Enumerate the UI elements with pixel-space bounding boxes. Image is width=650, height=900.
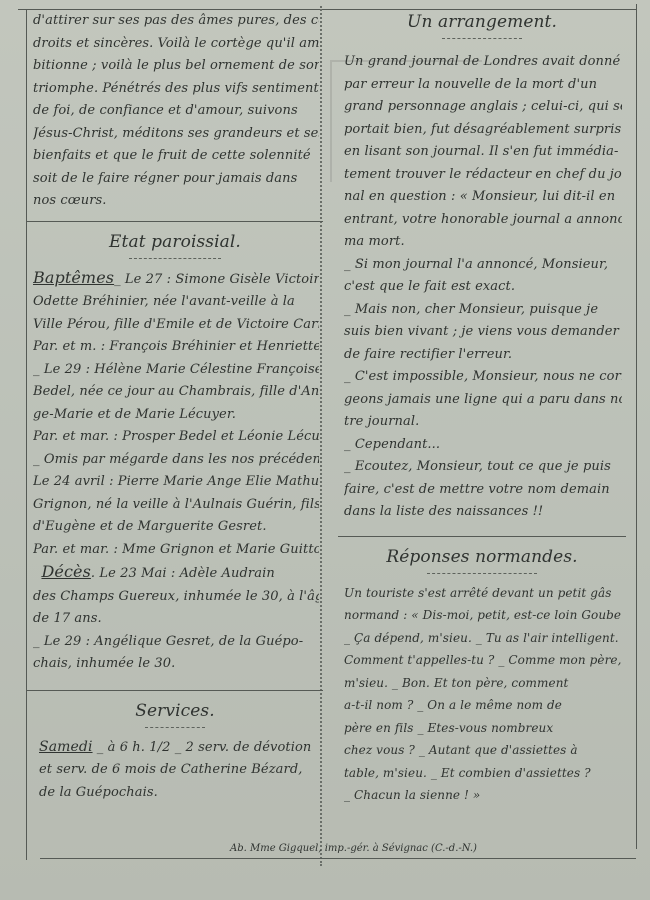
text-line: nos cœurs.: [33, 190, 319, 213]
text-line: Un touriste s'est arrêté devant un petit…: [344, 582, 622, 605]
baptemes-first-line: Baptêmes_ Le 27 : Simone Gisèle Victoire: [33, 267, 319, 292]
text-line: Ville Pérou, fille d'Emile et de Victoir…: [33, 314, 319, 337]
text-line: Par. et mar. : Prosper Bedel et Léonie L…: [33, 426, 319, 449]
arrangement-story: Un grand journal de Londres avait donné …: [338, 51, 626, 524]
text-line: ma mort.: [344, 231, 622, 254]
text-line: bitionne ; voilà le plus bel ornement de…: [33, 55, 319, 78]
baptemes-section: Baptêmes_ Le 27 : Simone Gisèle Victoire…: [27, 267, 323, 562]
text-line: chez vous ? _ Autant que d'assiettes à: [344, 739, 622, 762]
text-line: Grignon, né la veille à l'Aulnais Guérin…: [33, 494, 319, 517]
text-line: Comment t'appelles-tu ? _ Comme mon père…: [344, 649, 622, 672]
text-line: table, m'sieu. _ Et combien d'assiettes …: [344, 762, 622, 785]
text-line: soit de le faire régner pour jamais dans: [33, 168, 319, 191]
text-line: Par. et mar. : Mme Grignon et Marie Guit…: [33, 539, 319, 562]
text-line: _ Le 29 : Angélique Gesret, de la Guépo-: [33, 631, 319, 654]
text-line: triomphe. Pénétrés des plus vifs sentime…: [33, 78, 319, 101]
printer-imprint: Ab. Mme Gigquel, imp.-gér. à Sévignac (C…: [230, 843, 477, 854]
title-flourish: [129, 258, 221, 259]
text-line: normand : « Dis-moi, petit, est-ce loin …: [344, 604, 622, 627]
text-line: _ Si mon journal l'a annoncé, Monsieur,: [344, 254, 622, 277]
section-rule: [338, 536, 626, 537]
reponses-normandes-title: Réponses normandes.: [338, 545, 626, 569]
text-line: a-t-il nom ? _ On a le même nom de: [344, 694, 622, 717]
text-line: _ Le 29 : Hélène Marie Célestine Françoi…: [33, 359, 319, 382]
text-line: chais, inhumée le 30.: [33, 653, 319, 676]
text-line: des Champs Guereux, inhumée le 30, à l'â…: [33, 586, 319, 609]
text-line: de la Guépochais.: [39, 782, 319, 805]
text-line: _ Mais non, cher Monsieur, puisque je: [344, 299, 622, 322]
text-line: ge-Marie et de Marie Lécuyer.: [33, 404, 319, 427]
text-line: tement trouver le rédacteur en chef du j…: [344, 164, 622, 187]
text-line: _ C'est impossible, Monsieur, nous ne co…: [344, 366, 622, 389]
right-border: [636, 4, 637, 849]
text-line: . Le 23 Mai : Adèle Audrain: [91, 566, 275, 581]
text-line: faire, c'est de mettre votre nom demain: [344, 479, 622, 502]
text-line: nal en question : « Monsieur, lui dit-il…: [344, 186, 622, 209]
right-column: Un arrangement. Un grand journal de Lond…: [338, 10, 626, 860]
text-line: portait bien, fut désagréablement surpri…: [344, 119, 622, 142]
text-line: d'Eugène et de Marguerite Gesret.: [33, 516, 319, 539]
text-line: _ Ecoutez, Monsieur, tout ce que je puis: [344, 456, 622, 479]
text-line: Odette Bréhinier, née l'avant-veille à l…: [33, 291, 319, 314]
text-line: bienfaits et que le fruit de cette solen…: [33, 145, 319, 168]
text-line: _ Cependant...: [344, 434, 622, 457]
text-line: de faire rectifier l'erreur.: [344, 344, 622, 367]
newsletter-page: d'attirer sur ses pas des âmes pures, de…: [0, 0, 650, 900]
services-title: Services.: [27, 699, 323, 723]
baptemes-label: Baptêmes: [33, 268, 114, 287]
text-line: par erreur la nouvelle de la mort d'un: [344, 74, 622, 97]
text-line: de 17 ans.: [33, 608, 319, 631]
text-line: geons jamais une ligne qui a paru dans n…: [344, 389, 622, 412]
text-line: grand personnage anglais ; celui-ci, qui…: [344, 96, 622, 119]
text-line: de foi, de confiance et d'amour, suivons: [33, 100, 319, 123]
text-line: _ Le 27 : Simone Gisèle Victoire: [114, 272, 319, 287]
etat-paroissial-title: Etat paroissial.: [27, 230, 323, 254]
intro-paragraph: d'attirer sur ses pas des âmes pures, de…: [27, 10, 323, 213]
services-section: Samedi _ à 6 h. 1/2 _ 2 serv. de dévotio…: [27, 736, 323, 805]
text-line: _ Chacun la sienne ! »: [344, 784, 622, 807]
text-line: Un grand journal de Londres avait donné: [344, 51, 622, 74]
bottom-rule: [40, 858, 636, 859]
text-line: droits et sincères. Voilà le cortège qu'…: [33, 33, 319, 56]
deces-label: Décès: [41, 562, 90, 581]
text-line: c'est que le fait est exact.: [344, 276, 622, 299]
deces-section: Décès. Le 23 Mai : Adèle Audrain des Cha…: [27, 561, 323, 676]
text-line: Jésus-Christ, méditons ses grandeurs et …: [33, 123, 319, 146]
text-line: d'attirer sur ses pas des âmes pures, de…: [33, 10, 319, 33]
text-line: tre journal.: [344, 411, 622, 434]
text-line: Bedel, née ce jour au Chambrais, fille d…: [33, 381, 319, 404]
text-line: m'sieu. _ Bon. Et ton père, comment: [344, 672, 622, 695]
section-rule: [27, 221, 323, 222]
section-rule: [27, 690, 323, 691]
text-line: en lisant son journal. Il s'en fut imméd…: [344, 141, 622, 164]
left-column: d'attirer sur ses pas des âmes pures, de…: [26, 10, 323, 860]
text-line: Par. et m. : François Bréhinier et Henri…: [33, 336, 319, 359]
title-flourish: [145, 727, 205, 728]
text-line: _ Omis par mégarde dans les nos précéden…: [33, 449, 319, 472]
samedi-label: Samedi: [39, 739, 93, 755]
text-line: _ Ça dépend, m'sieu. _ Tu as l'air intel…: [344, 627, 622, 650]
text-line: et serv. de 6 mois de Catherine Bézard,: [39, 759, 319, 782]
text-line: père en fils _ Etes-vous nombreux: [344, 717, 622, 740]
text-line: suis bien vivant ; je viens vous demande…: [344, 321, 622, 344]
text-line: Le 24 avril : Pierre Marie Ange Elie Mat…: [33, 471, 319, 494]
text-line: dans la liste des naissances !!: [344, 501, 622, 524]
reponses-story: Un touriste s'est arrêté devant un petit…: [338, 582, 626, 807]
arrangement-title: Un arrangement.: [338, 10, 626, 34]
title-flourish: [442, 38, 522, 39]
text-line: entrant, votre honorable journal a annon…: [344, 209, 622, 232]
title-flourish: [427, 573, 537, 574]
deces-first-line: Décès. Le 23 Mai : Adèle Audrain: [33, 561, 319, 586]
services-first-line: Samedi _ à 6 h. 1/2 _ 2 serv. de dévotio…: [39, 736, 319, 760]
text-line: _ à 6 h. 1/2 _ 2 serv. de dévotion: [93, 740, 312, 755]
